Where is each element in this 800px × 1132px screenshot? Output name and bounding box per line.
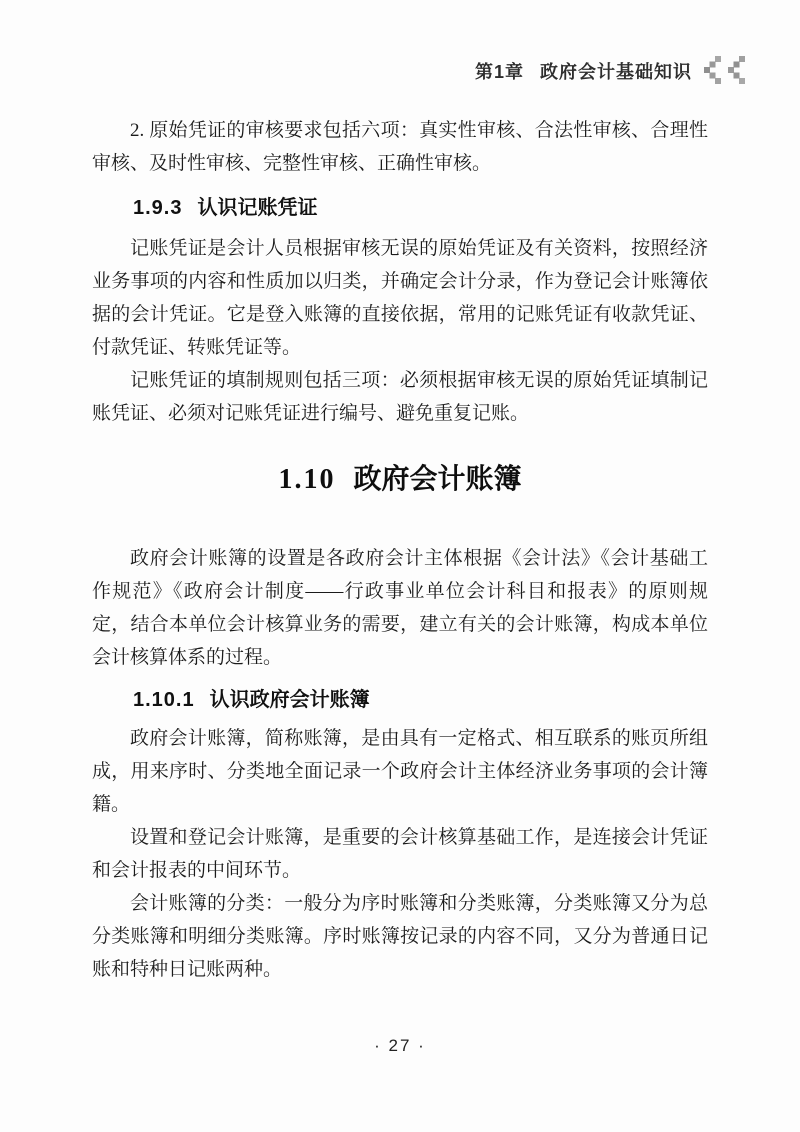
paragraph-ledger-importance: 设置和登记会计账簿，是重要的会计核算基础工作，是连接会计凭证和会计报表的中间环节… <box>92 821 708 887</box>
page-body: 2. 原始凭证的审核要求包括六项：真实性审核、合法性审核、合理性审核、及时性审核… <box>92 114 708 986</box>
book-page: 第1章 政府会计基础知识 2. 原始凭证的审核要求包括六项：真实性审核、合法性审… <box>0 0 800 1132</box>
heading-number: 1.10.1 <box>133 689 195 711</box>
running-head: 第1章 政府会计基础知识 <box>475 56 748 85</box>
heading-number: 1.10 <box>278 464 335 495</box>
running-head-text: 第1章 政府会计基础知识 <box>475 58 692 84</box>
heading-1-9-3: 1.9.3认识记账凭证 <box>92 194 708 222</box>
heading-number: 1.9.3 <box>133 197 182 219</box>
heading-1-10-1: 1.10.1认识政府会计账簿 <box>92 686 708 714</box>
heading-title: 认识政府会计账簿 <box>210 689 370 711</box>
chapter-label: 第1章 <box>475 58 524 84</box>
paragraph-filling-rules: 记账凭证的填制规则包括三项：必须根据审核无误的原始凭证填制记账凭证、必须对记账凭… <box>92 364 708 430</box>
paragraph-review-requirements: 2. 原始凭证的审核要求包括六项：真实性审核、合法性审核、合理性审核、及时性审核… <box>92 114 708 180</box>
paragraph-voucher-definition: 记账凭证是会计人员根据审核无误的原始凭证及有关资料，按照经济业务事项的内容和性质… <box>92 232 708 364</box>
paragraph-ledger-classification: 会计账簿的分类：一般分为序时账簿和分类账簿，分类账簿又分为总分类账簿和明细分类账… <box>92 887 708 986</box>
heading-1-10: 1.10政府会计账簿 <box>92 462 708 498</box>
double-left-chevron-icon <box>704 56 748 85</box>
paragraph-ledger-definition: 政府会计账簿，简称账簿，是由具有一定格式、相互联系的账页所组成，用来序时、分类地… <box>92 722 708 821</box>
heading-title: 认识记账凭证 <box>197 197 317 219</box>
paragraph-ledger-setup: 政府会计账簿的设置是各政府会计主体根据《会计法》《会计基础工作规范》《政府会计制… <box>92 542 708 674</box>
heading-title: 政府会计账簿 <box>353 464 521 495</box>
chapter-title: 政府会计基础知识 <box>540 58 692 84</box>
page-number: · 27 · <box>374 1036 426 1055</box>
page-footer: · 27 · <box>0 1036 800 1056</box>
